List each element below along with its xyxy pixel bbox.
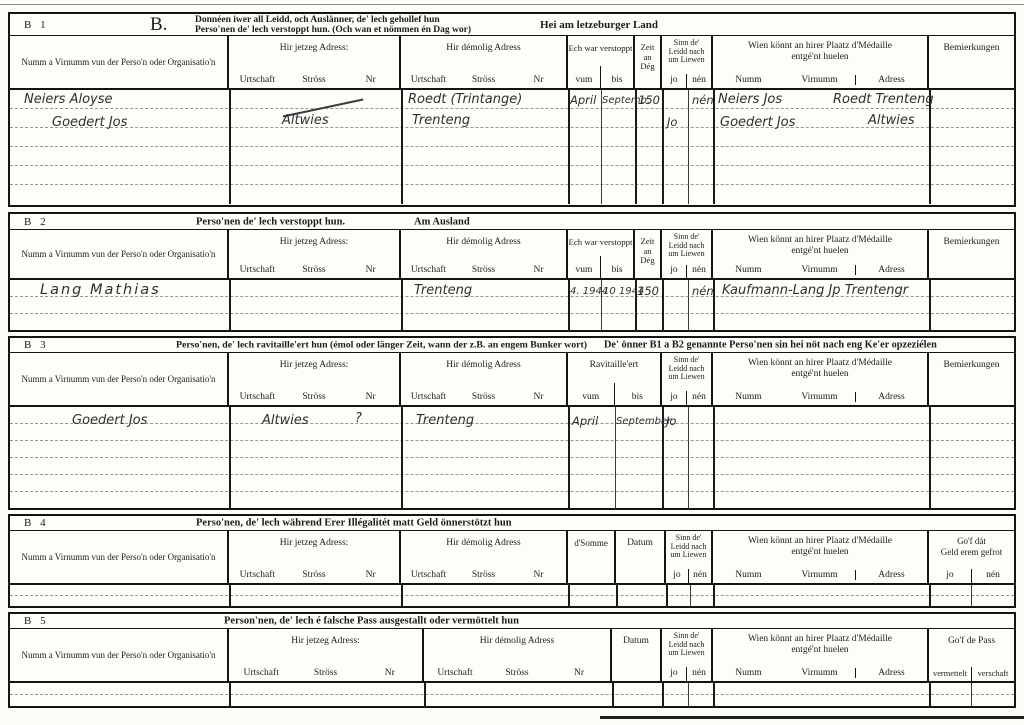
urtschaft-header: Urtschaft — [401, 265, 456, 275]
column-rule — [662, 280, 664, 331]
nr-header: Nr — [511, 570, 566, 580]
b4-col-somme: d'Somme — [568, 531, 616, 583]
b3-col-sinn: Sinn de' Leidd nach um Liewen jo nén — [662, 353, 713, 405]
ruled-row — [10, 109, 1014, 128]
column-rule — [616, 585, 618, 607]
column-rule — [713, 407, 715, 509]
entry-jetzeg-note: ? — [355, 412, 362, 425]
b5-col-demolig: Hir démolig Adress Urtschaft Ströss Nr — [424, 629, 612, 681]
jo-nen-subheaders: jo nén — [662, 391, 711, 405]
wien-subheaders: Numm Virnumm Adress — [713, 570, 927, 583]
sinn-header-3: um Liewen — [666, 551, 711, 560]
entry-vum: April — [572, 416, 598, 428]
virnumm-header: Virnumm — [784, 570, 855, 580]
b3-title-right: De' önner B1 a B2 genannte Perso'nen sin… — [604, 340, 937, 351]
jetzeg-header: Hir jetzeg Adress: — [229, 36, 399, 53]
scanned-form-page: B 1 B. Donnéen iwer all Leidd, och Auslä… — [0, 0, 1024, 725]
wien-header: Wien könnt an hirer Plaatz d'Médaille en… — [713, 36, 927, 62]
entry-jetzeg: Altwies — [282, 114, 329, 127]
entry-name: Goedert Jos — [52, 116, 127, 129]
entry-wien-numm: Goedert Jos — [720, 116, 795, 129]
section-b2: B 2 Perso'nen de' lech verstoppt hun. Am… — [8, 212, 1016, 332]
adress-header: Adress — [855, 75, 927, 85]
urtschaft-header: Urtschaft — [401, 75, 456, 85]
jetzeg-subheaders: Urtschaft Ströss Nr — [229, 392, 399, 405]
b1-label: B 1 — [24, 19, 49, 31]
demolig-header: Hir démolig Adress — [401, 36, 566, 53]
b4-col-demolig: Hir démolig Adress Urtschaft Ströss Nr — [401, 531, 568, 583]
column-rule — [568, 585, 570, 607]
jo-header: jo — [666, 569, 688, 583]
demolig-header: Hir démolig Adress — [401, 353, 566, 370]
sinn-header-3: um Liewen — [662, 250, 711, 259]
column-rule — [229, 683, 231, 707]
wien-subheaders: Numm Virnumm Adress — [713, 668, 927, 681]
wien-header-2: entgé'nt huelen — [713, 246, 927, 257]
nen-header: nén — [686, 667, 711, 681]
b5-col-wien: Wien könnt an hirer Plaatz d'Médaille en… — [713, 629, 929, 681]
wien-header-1: Wien könnt an hirer Plaatz d'Médaille — [713, 358, 927, 369]
numm-header: Numm — [713, 75, 784, 85]
jetzeg-subheaders: Urtschaft Ströss Nr — [229, 265, 399, 278]
numm-header: Numm — [713, 668, 784, 678]
b3-title: Perso'nen, de' lech ravitaille'ert hun (… — [176, 340, 587, 351]
nr-header: Nr — [511, 75, 566, 85]
b5-label: B 5 — [24, 615, 49, 627]
column-rule — [713, 683, 715, 707]
jetzeg-header: Hir jetzeg Adress: — [229, 531, 399, 548]
b2-col-jetzeg: Hir jetzeg Adress: Urtschaft Ströss Nr — [229, 230, 401, 278]
b4-col-name: Numm a Virnumm vun der Perso'n oder Orga… — [10, 531, 229, 583]
column-rule — [666, 585, 668, 607]
b4-titlebar: B 4 Perso'nen, de' lech während Erer Ill… — [10, 516, 1014, 531]
b2-label: B 2 — [24, 216, 49, 228]
jetzeg-subheaders: Urtschaft Ströss Nr — [229, 668, 422, 681]
sinn-header-3: um Liewen — [662, 56, 711, 65]
entry-vum: April — [570, 95, 596, 107]
jo-header: jo — [662, 265, 686, 278]
ruled-row — [10, 475, 1014, 492]
stross-header: Ströss — [486, 668, 548, 678]
b2-col-sinn: Sinn de' Leidd nach um Liewen jo nén — [662, 230, 713, 278]
bemierkungen-header: Bemierkungen — [929, 230, 1014, 247]
column-rule — [688, 90, 689, 204]
entry-wien-adress: Altwies — [868, 114, 915, 127]
urtschaft-header: Urtschaft — [229, 265, 286, 275]
b2-title-right: Am Ausland — [414, 216, 470, 227]
column-rule — [688, 683, 689, 707]
section-b5: B 5 Person'nen, de' lech é falsche Pass … — [8, 612, 1016, 708]
wien-header-2: entgé'nt huelen — [713, 52, 927, 63]
urtschaft-header: Urtschaft — [229, 668, 293, 678]
wien-header-1: Wien könnt an hirer Plaatz d'Médaille — [713, 41, 927, 52]
jo-header: jo — [662, 391, 686, 405]
column-rule — [612, 683, 614, 707]
entry-jo: Jo — [667, 117, 677, 129]
nen-header: nén — [686, 265, 711, 278]
stross-header: Ströss — [286, 392, 343, 402]
ruled-row — [10, 441, 1014, 458]
gof-geld-header-1: Go'f dát — [929, 536, 1014, 547]
demolig-subheaders: Urtschaft Ströss Nr — [401, 75, 566, 88]
vermettelt-header: vermettelt — [929, 667, 971, 681]
ruled-row — [10, 424, 1014, 441]
b2-header-row: Numm a Virnumm vun der Perso'n oder Orga… — [10, 230, 1014, 280]
b3-col-name: Numm a Virnumm vun der Perso'n oder Orga… — [10, 353, 229, 405]
section-b1: B 1 B. Donnéen iwer all Leidd, och Auslä… — [8, 12, 1016, 207]
column-rule — [713, 90, 715, 204]
vum-bis-subheaders: vum bis — [568, 383, 660, 405]
entry-zeit: 150 — [638, 95, 660, 107]
b4-col-jetzeg: Hir jetzeg Adress: Urtschaft Ströss Nr — [229, 531, 401, 583]
column-rule — [971, 585, 972, 607]
bis-header: bis — [614, 383, 661, 405]
sinn-header: Sinn de' Leidd nach um Liewen — [662, 353, 711, 382]
b2-col-name: Numm a Virnumm vun der Perso'n oder Orga… — [10, 230, 229, 278]
b5-col-jetzeg: Hir jetzeg Adress: Urtschaft Ströss Nr — [229, 629, 424, 681]
ruled-row — [10, 166, 1014, 185]
b1-title-line1: Donnéen iwer all Leidd, och Auslänner, d… — [195, 15, 471, 25]
demolig-header: Hir démolig Adress — [424, 629, 610, 646]
column-rule — [568, 90, 570, 204]
entry-name: Goedert Jos — [72, 414, 147, 427]
urtschaft-header: Urtschaft — [229, 392, 286, 402]
nr-header: Nr — [358, 668, 422, 678]
name-header: Numm a Virnumm vun der Perso'n oder Orga… — [12, 650, 225, 660]
jo-nen-subheaders: jo nén — [662, 74, 711, 88]
pass-subheaders: vermettelt verschaft — [929, 667, 1014, 681]
wien-header-2: entgé'nt huelen — [713, 547, 927, 558]
adress-header: Adress — [855, 265, 927, 275]
wien-header-2: entgé'nt huelen — [713, 369, 927, 380]
nr-header: Nr — [342, 570, 399, 580]
nr-header: Nr — [342, 392, 399, 402]
adress-header: Adress — [855, 570, 927, 580]
entry-bis: September — [616, 417, 671, 427]
adress-header: Adress — [855, 668, 927, 678]
b1-col-sinn: Sinn de' Leidd nach um Liewen jo nén — [662, 36, 713, 88]
column-rule — [929, 585, 931, 607]
ruled-row — [10, 585, 1014, 596]
sinn-header-3: um Liewen — [662, 373, 711, 382]
gof-pass-header: Go'f de Pass — [929, 629, 1014, 646]
b1-data-area: Neiers Aloyse Roedt (Trintange) April Se… — [10, 90, 1014, 204]
b1-col-name: Numm a Virnumm vun der Perso'n oder Orga… — [10, 36, 229, 88]
b1-col-wien: Wien könnt an hirer Plaatz d'Médaille en… — [713, 36, 929, 88]
column-rule — [929, 407, 931, 509]
column-rule — [929, 683, 931, 707]
b5-header-row: Numm a Virnumm vun der Perso'n oder Orga… — [10, 629, 1014, 683]
gof-geld-header-2: Geld erem gefrot — [929, 547, 1014, 558]
nr-header: Nr — [342, 265, 399, 275]
column-rule — [635, 90, 637, 204]
vum-bis-subheaders: vum bis — [568, 66, 633, 88]
entry-name: Neiers Aloyse — [24, 93, 113, 106]
b3-col-wien: Wien könnt an hirer Plaatz d'Médaille en… — [713, 353, 929, 405]
ruled-row — [10, 458, 1014, 475]
datum-header: Datum — [612, 629, 660, 646]
wien-subheaders: Numm Virnumm Adress — [713, 75, 927, 88]
entry-demolig: Trenteng — [416, 414, 474, 427]
virnumm-header: Virnumm — [784, 668, 855, 678]
b5-col-datum: Datum — [612, 629, 662, 681]
column-rule — [929, 280, 931, 331]
entry-wien: Kaufmann-Lang Jp Trentengr — [722, 284, 908, 297]
jetzeg-header: Hir jetzeg Adress: — [229, 353, 399, 370]
jetzeg-header: Hir jetzeg Adress: — [229, 230, 399, 247]
b1-col-zeit: Zeit an Dég — [635, 36, 662, 88]
column-rule — [713, 585, 715, 607]
column-rule — [568, 407, 570, 509]
ruled-row — [10, 314, 1014, 330]
wien-header-1: Wien könnt an hirer Plaatz d'Médaille — [713, 536, 927, 547]
wien-header-1: Wien könnt an hirer Plaatz d'Médaille — [713, 235, 927, 246]
urtschaft-header: Urtschaft — [229, 570, 286, 580]
entry-demolig: Trenteng — [412, 114, 470, 127]
nen-header: nén — [971, 569, 1014, 583]
b3-data-area: Goedert Jos Altwies ? Trenteng April Sep… — [10, 407, 1014, 509]
urtschaft-header: Urtschaft — [401, 392, 456, 402]
sinn-header: Sinn de' Leidd nach um Liewen — [662, 629, 711, 658]
jetzeg-subheaders: Urtschaft Ströss Nr — [229, 75, 399, 88]
datum-header: Datum — [616, 531, 664, 548]
ruled-row — [10, 492, 1014, 508]
stross-header: Ströss — [286, 265, 343, 275]
b3-col-ravitailleert: Ravitaille'ert vum bis — [568, 353, 662, 405]
b1-titlebar: B 1 B. Donnéen iwer all Leidd, och Auslä… — [10, 14, 1014, 36]
wien-header-1: Wien könnt an hirer Plaatz d'Médaille — [713, 634, 927, 645]
jo-header: jo — [662, 667, 686, 681]
virnumm-header: Virnumm — [784, 265, 855, 275]
nr-header: Nr — [511, 265, 566, 275]
numm-header: Numm — [713, 265, 784, 275]
stross-header: Ströss — [286, 570, 343, 580]
b2-col-demolig: Hir démolig Adress Urtschaft Ströss Nr — [401, 230, 568, 278]
ruled-row — [10, 596, 1014, 606]
b2-col-wien: Wien könnt an hirer Plaatz d'Médaille en… — [713, 230, 929, 278]
bis-header: bis — [600, 256, 633, 278]
column-rule — [401, 280, 403, 331]
zeit-header-3: Dég — [635, 62, 660, 72]
b4-header-row: Numm a Virnumm vun der Perso'n oder Orga… — [10, 531, 1014, 585]
ruled-row — [10, 147, 1014, 166]
entry-name: Lang Mathias — [40, 283, 161, 298]
sinn-header-3: um Liewen — [662, 649, 711, 658]
column-rule — [229, 407, 231, 509]
sinn-header: Sinn de' Leidd nach um Liewen — [662, 36, 711, 65]
b3-header-row: Numm a Virnumm vun der Perso'n oder Orga… — [10, 353, 1014, 407]
column-rule — [662, 683, 664, 707]
b5-col-name: Numm a Virnumm vun der Perso'n oder Orga… — [10, 629, 229, 681]
page-top-rule — [0, 4, 1024, 5]
b5-title: Person'nen, de' lech é falsche Pass ausg… — [224, 616, 519, 627]
jo-nen-subheaders: jo nén — [666, 569, 711, 583]
b4-col-sinn: Sinn de' Leidd nach um Liewen jo nén — [666, 531, 713, 583]
nen-header: nén — [688, 569, 711, 583]
column-rule — [690, 585, 691, 607]
entry-wien-adress: Roedt Trenteng — [833, 93, 934, 106]
vum-header: vum — [568, 66, 600, 88]
virnumm-header: Virnumm — [784, 75, 855, 85]
gof-geld-header: Go'f dát Geld erem gefrot — [929, 531, 1014, 557]
b4-label: B 4 — [24, 517, 49, 529]
wien-header: Wien könnt an hirer Plaatz d'Médaille en… — [713, 629, 927, 655]
nen-header: nén — [686, 74, 711, 88]
b3-col-bemierkungen: Bemierkungen — [929, 353, 1014, 405]
jetzeg-header: Hir jetzeg Adress: — [229, 629, 422, 646]
b5-titlebar: B 5 Person'nen, de' lech é falsche Pass … — [10, 614, 1014, 629]
b1-title-line2: Perso'nen de' lech verstoppt hun. (Och w… — [195, 25, 471, 35]
b2-col-bemierkungen: Bemierkungen — [929, 230, 1014, 278]
column-rule — [971, 683, 972, 707]
b5-col-gof-pass: Go'f de Pass vermettelt verschaft — [929, 629, 1014, 681]
b4-col-wien: Wien könnt an hirer Plaatz d'Médaille en… — [713, 531, 929, 583]
entry-demolig: Trenteng — [414, 284, 472, 297]
bemierkungen-header: Bemierkungen — [929, 353, 1014, 370]
b4-data-area — [10, 585, 1014, 607]
b3-col-demolig: Hir démolig Adress Urtschaft Ströss Nr — [401, 353, 568, 405]
wien-header: Wien könnt an hirer Plaatz d'Médaille en… — [713, 353, 927, 379]
wien-subheaders: Numm Virnumm Adress — [713, 392, 927, 405]
stross-header: Ströss — [456, 75, 511, 85]
ruled-row — [10, 407, 1014, 424]
wien-header: Wien könnt an hirer Plaatz d'Médaille en… — [713, 230, 927, 256]
entry-jetzeg: Altwies — [262, 414, 309, 427]
b3-col-jetzeg: Hir jetzeg Adress: Urtschaft Ströss Nr — [229, 353, 401, 405]
b1-header-row: Numm a Virnumm vun der Perso'n oder Orga… — [10, 36, 1014, 90]
wien-subheaders: Numm Virnumm Adress — [713, 265, 927, 278]
demolig-subheaders: Urtschaft Ströss Nr — [401, 265, 566, 278]
column-rule — [601, 90, 602, 204]
vum-header: vum — [568, 383, 614, 405]
b5-data-area — [10, 683, 1014, 707]
b2-title: Perso'nen de' lech verstoppt hun. — [196, 216, 345, 227]
ruled-row — [10, 185, 1014, 203]
stross-header: Ströss — [456, 392, 511, 402]
b2-data-area: Lang Mathias Trenteng 4. 1944 10 1944 15… — [10, 280, 1014, 331]
b3-label: B 3 — [24, 339, 49, 351]
b2-titlebar: B 2 Perso'nen de' lech verstoppt hun. Am… — [10, 214, 1014, 230]
stross-header: Ströss — [293, 668, 357, 678]
b4-col-datum: Datum — [616, 531, 666, 583]
nr-header: Nr — [342, 75, 399, 85]
page-bottom-rule — [600, 716, 1024, 719]
name-header: Numm a Virnumm vun der Perso'n oder Orga… — [12, 552, 225, 562]
zeit-header-3: Dég — [635, 256, 660, 266]
column-rule — [401, 407, 403, 509]
ruled-row — [10, 297, 1014, 314]
name-header: Numm a Virnumm vun der Perso'n oder Orga… — [12, 374, 225, 384]
bemierkungen-header: Bemierkungen — [929, 36, 1014, 53]
demolig-subheaders: Urtschaft Ströss Nr — [401, 392, 566, 405]
name-header: Numm a Virnumm vun der Perso'n oder Orga… — [12, 57, 225, 67]
b1-col-demolig: Hir démolig Adress Urtschaft Ströss Nr — [401, 36, 568, 88]
ruled-row — [10, 128, 1014, 147]
adress-header: Adress — [855, 392, 927, 402]
b5-col-sinn: Sinn de' Leidd nach um Liewen jo nén — [662, 629, 713, 681]
jo-nen-subheaders: jo nén — [662, 265, 711, 278]
verstoppt-header: Ech war verstoppt — [568, 36, 633, 53]
vum-header: vum — [568, 256, 600, 278]
column-rule — [229, 90, 231, 204]
vum-bis-subheaders: vum bis — [568, 256, 633, 278]
nen-header: nén — [686, 391, 711, 405]
wien-header-2: entgé'nt huelen — [713, 645, 927, 656]
nr-header: Nr — [548, 668, 610, 678]
column-rule — [424, 683, 426, 707]
b1-col-verstoppt: Ech war verstoppt vum bis — [568, 36, 635, 88]
column-rule — [401, 90, 403, 204]
stross-header: Ströss — [456, 570, 511, 580]
column-rule — [401, 585, 403, 607]
urtschaft-header: Urtschaft — [424, 668, 486, 678]
virnumm-header: Virnumm — [784, 392, 855, 402]
column-rule — [688, 280, 689, 331]
name-header: Numm a Virnumm vun der Perso'n oder Orga… — [12, 249, 225, 259]
column-rule — [688, 407, 689, 509]
stross-header: Ströss — [286, 75, 343, 85]
jetzeg-subheaders: Urtschaft Ströss Nr — [229, 570, 399, 583]
entry-wien-numm: Neiers Jos — [718, 93, 782, 106]
column-rule — [229, 280, 231, 331]
b4-title: Perso'nen, de' lech während Erer Illégal… — [196, 518, 512, 529]
b2-col-verstoppt: Ech war verstoppt vum bis — [568, 230, 635, 278]
urtschaft-header: Urtschaft — [401, 570, 456, 580]
entry-jo: Jo — [666, 416, 676, 428]
verstoppt-header: Ech war verstoppt — [568, 230, 633, 247]
numm-header: Numm — [713, 570, 784, 580]
b1-title: Donnéen iwer all Leidd, och Auslänner, d… — [195, 15, 471, 35]
demolig-header: Hir démolig Adress — [401, 531, 566, 548]
section-b4: B 4 Perso'nen, de' lech während Erer Ill… — [8, 514, 1016, 608]
b1-col-bemierkungen: Bemierkungen — [929, 36, 1014, 88]
verschaft-header: verschaft — [971, 667, 1014, 681]
nr-header: Nr — [511, 392, 566, 402]
column-rule — [929, 90, 931, 204]
ravitailleert-header: Ravitaille'ert — [568, 353, 660, 370]
jo-header: jo — [929, 569, 971, 583]
sinn-header: Sinn de' Leidd nach um Liewen — [666, 531, 711, 560]
column-rule — [229, 585, 231, 607]
column-rule — [662, 90, 664, 204]
ruled-row — [10, 683, 1014, 695]
demolig-subheaders: Urtschaft Ströss Nr — [424, 668, 610, 681]
entry-demolig: Roedt (Trintange) — [408, 93, 522, 106]
b1-col-jetzeg: Hir jetzeg Adress: Urtschaft Ströss Nr — [229, 36, 401, 88]
wien-header: Wien könnt an hirer Plaatz d'Médaille en… — [713, 531, 927, 557]
entry-nen: nén — [692, 95, 714, 107]
ruled-row — [10, 695, 1014, 706]
b1-title-right: Hei am letzeburger Land — [540, 19, 658, 31]
numm-header: Numm — [713, 392, 784, 402]
b2-col-zeit: Zeit an Dég — [635, 230, 662, 278]
demolig-header: Hir démolig Adress — [401, 230, 566, 247]
entry-nen: nén — [692, 286, 714, 298]
urtschaft-header: Urtschaft — [229, 75, 286, 85]
jo-header: jo — [662, 74, 686, 88]
somme-header: d'Somme — [568, 531, 614, 548]
entry-zeit: 150 — [637, 286, 659, 298]
jo-nen-subheaders: jo nén — [662, 667, 711, 681]
section-b3: B 3 Perso'nen, de' lech ravitaille'ert h… — [8, 336, 1016, 510]
stross-header: Ströss — [456, 265, 511, 275]
demolig-subheaders: Urtschaft Ströss Nr — [401, 570, 566, 583]
b3-titlebar: B 3 Perso'nen, de' lech ravitaille'ert h… — [10, 338, 1014, 353]
b1-big-letter: B. — [150, 14, 167, 36]
bis-header: bis — [600, 66, 633, 88]
sinn-header: Sinn de' Leidd nach um Liewen — [662, 230, 711, 259]
b4-col-gof-geld: Go'f dát Geld erem gefrot jo nén — [929, 531, 1014, 583]
